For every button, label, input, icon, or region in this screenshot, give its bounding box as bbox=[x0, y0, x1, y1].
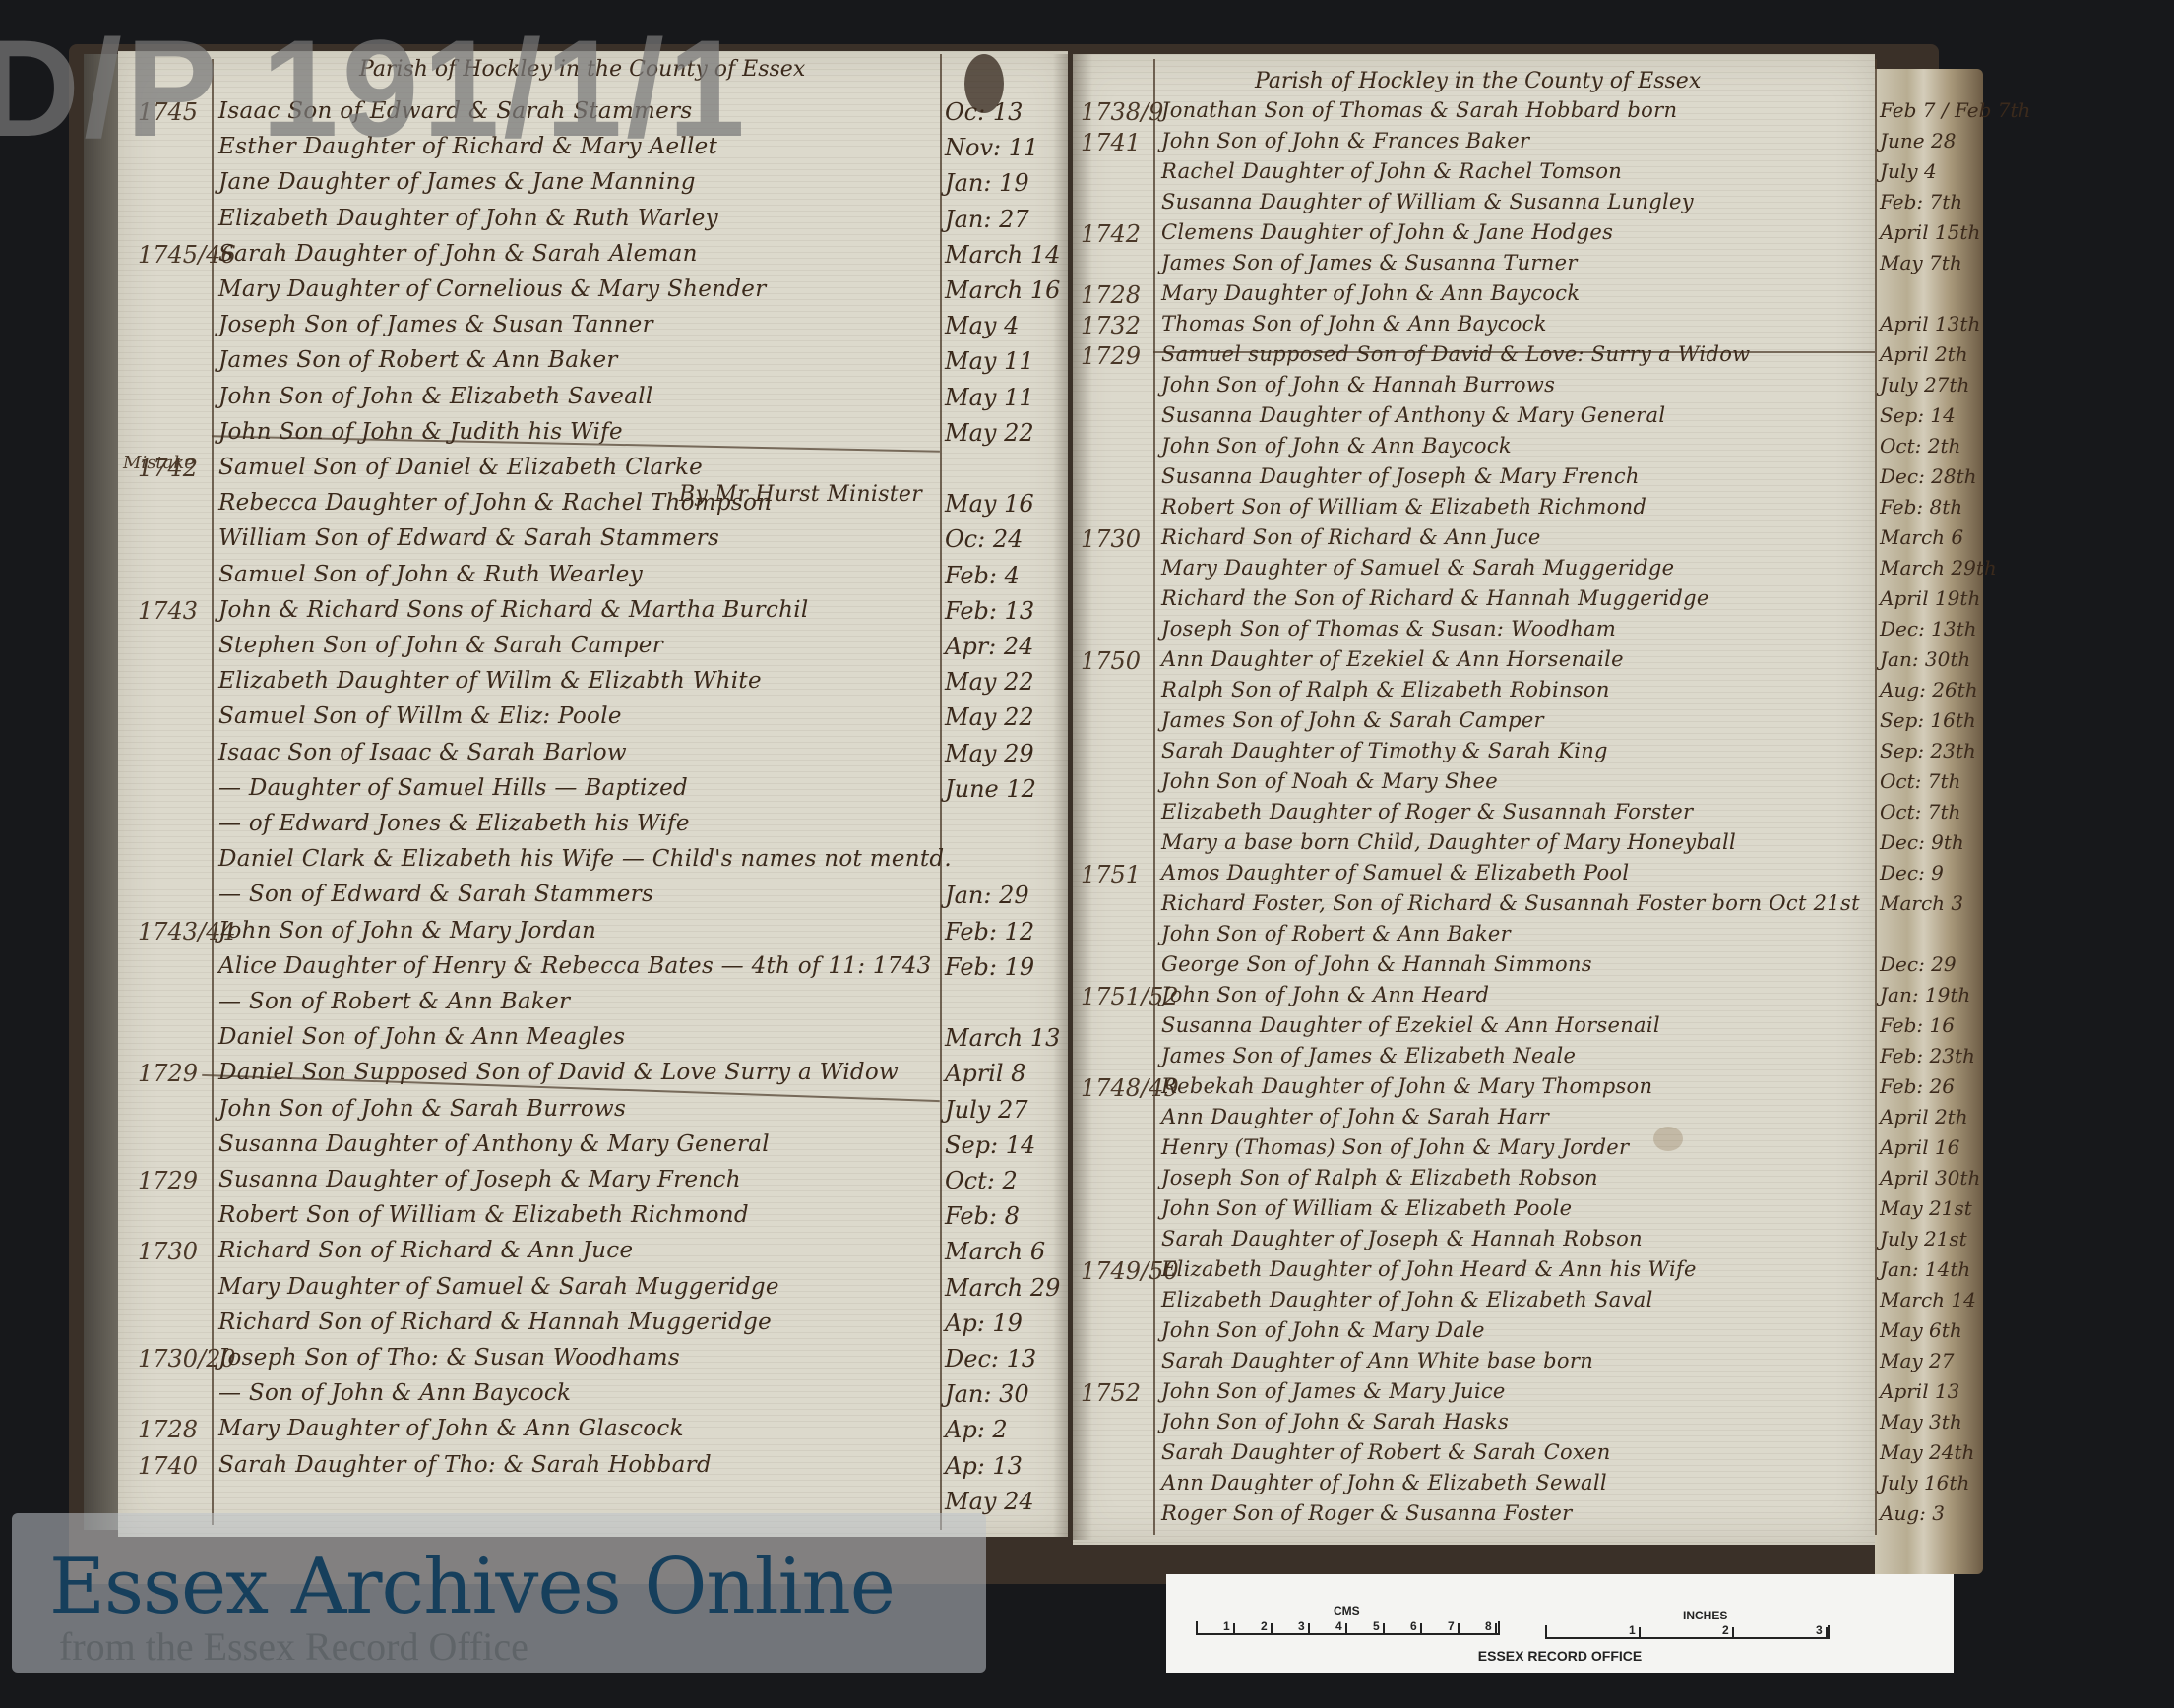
entry-date: April 8 bbox=[945, 1060, 1025, 1087]
entry-name: Jonathan Son of Thomas & Sarah Hobbard b… bbox=[1161, 98, 1677, 122]
entry-date: June 28 bbox=[1880, 129, 1956, 152]
entry-date: Feb: 4 bbox=[945, 562, 1020, 589]
entry-name: Roger Son of Roger & Susanna Foster bbox=[1161, 1501, 1572, 1525]
entry-date: March 29 bbox=[945, 1274, 1060, 1302]
entry-year: 1743 bbox=[138, 597, 198, 625]
entry-name: Susanna Daughter of William & Susanna Lu… bbox=[1161, 190, 1694, 213]
entry-name: Susanna Daughter of Anthony & Mary Gener… bbox=[1161, 403, 1665, 427]
entry-date: Aug: 26th bbox=[1880, 678, 1978, 701]
entry-name: John Son of John & Mary Dale bbox=[1161, 1318, 1485, 1342]
entry-date: March 6 bbox=[1880, 525, 1963, 549]
entry-name: John Son of James & Mary Juice bbox=[1161, 1379, 1506, 1403]
entry-date: Ap: 19 bbox=[945, 1310, 1023, 1337]
entry-name: Thomas Son of John & Ann Baycock bbox=[1161, 312, 1547, 335]
entry-name: James Son of Robert & Ann Baker bbox=[218, 347, 618, 373]
right-date-column-rule bbox=[1875, 59, 1877, 1535]
entry-name: Samuel supposed Son of David & Love: Sur… bbox=[1161, 342, 1750, 366]
entry-name: John Son of John & Elizabeth Saveall bbox=[218, 384, 653, 409]
entry-name: Sarah Daughter of John & Sarah Aleman bbox=[218, 241, 698, 267]
entry-name: Mary a base born Child, Daughter of Mary… bbox=[1161, 830, 1736, 854]
entry-date: Feb: 26 bbox=[1880, 1074, 1955, 1098]
paper-stain bbox=[1653, 1127, 1683, 1151]
entry-date: March 16 bbox=[945, 276, 1060, 304]
entry-date: March 14 bbox=[1880, 1288, 1976, 1311]
entry-name: James Son of John & Sarah Camper bbox=[1161, 708, 1544, 732]
entry-name: George Son of John & Hannah Simmons bbox=[1161, 952, 1592, 976]
entry-year: 1730 bbox=[138, 1238, 198, 1265]
entry-name: Sarah Daughter of Tho: & Sarah Hobbard bbox=[218, 1452, 712, 1478]
entry-year: 1728 bbox=[1081, 281, 1141, 309]
entry-date: Nov: 11 bbox=[945, 134, 1038, 161]
entry-name: Daniel Son Supposed Son of David & Love … bbox=[218, 1060, 899, 1085]
cm-tick-label: 3 bbox=[1298, 1619, 1305, 1633]
entry-date: May 29 bbox=[945, 740, 1034, 767]
entry-date: Oct: 2th bbox=[1880, 434, 1960, 457]
entry-date: Sep: 23th bbox=[1880, 739, 1976, 762]
entry-name: Richard Foster, Son of Richard & Susanna… bbox=[1161, 891, 1860, 915]
entry-name: Ann Daughter of John & Sarah Harr bbox=[1161, 1105, 1549, 1128]
entry-year: 1751 bbox=[1081, 861, 1141, 888]
entry-name: Joseph Son of James & Susan Tanner bbox=[218, 312, 653, 337]
entry-name: John Son of John & Frances Baker bbox=[1161, 129, 1529, 152]
entry-date: Feb: 12 bbox=[945, 918, 1034, 945]
entry-date: March 13 bbox=[945, 1024, 1060, 1052]
cm-tick bbox=[1458, 1623, 1460, 1633]
entry-date: May 24 bbox=[945, 1488, 1034, 1515]
entry-date: July 4 bbox=[1880, 159, 1937, 183]
right-page-heading: Parish of Hockley in the County of Essex bbox=[1255, 69, 1701, 93]
entry-date: Jan: 30th bbox=[1880, 647, 1970, 671]
entry-date: Oct: 2 bbox=[945, 1167, 1018, 1194]
entry-date: Feb 7 / Feb 7th bbox=[1880, 98, 2030, 122]
entry-name: Ann Daughter of John & Elizabeth Sewall bbox=[1161, 1471, 1607, 1494]
entry-name: Ralph Son of Ralph & Elizabeth Robinson bbox=[1161, 678, 1610, 701]
entry-date: Oct: 7th bbox=[1880, 800, 1960, 823]
entry-date: Dec: 9 bbox=[1880, 861, 1944, 884]
entry-name: Mary Daughter of John & Ann Glascock bbox=[218, 1416, 684, 1441]
entry-date: May 11 bbox=[945, 347, 1034, 375]
entry-date: Dec: 13th bbox=[1880, 617, 1977, 640]
entry-name: Rachel Daughter of John & Rachel Tomson bbox=[1161, 159, 1622, 183]
cm-tick-label: 7 bbox=[1448, 1619, 1455, 1633]
right-year-margin-rule bbox=[1153, 59, 1155, 1535]
entry-name: John Son of John & Hannah Burrows bbox=[1161, 373, 1555, 396]
reference-watermark: D/P 191/1/1 bbox=[0, 20, 749, 157]
entry-year: 1740 bbox=[138, 1452, 198, 1480]
cm-tick bbox=[1495, 1623, 1497, 1633]
inch-label: INCHES bbox=[1683, 1609, 1727, 1622]
entry-date: July 21st bbox=[1880, 1227, 1967, 1250]
entry-date: May 22 bbox=[945, 703, 1034, 731]
entry-date: Apr: 24 bbox=[945, 633, 1033, 660]
entry-name: John Son of John & Sarah Burrows bbox=[218, 1096, 626, 1122]
entry-name: Clemens Daughter of John & Jane Hodges bbox=[1161, 220, 1613, 244]
entry-name: Richard Son of Richard & Ann Juce bbox=[1161, 525, 1541, 549]
entry-name: Stephen Son of John & Sarah Camper bbox=[218, 633, 663, 658]
entry-name: Elizabeth Daughter of John Heard & Ann h… bbox=[1161, 1257, 1697, 1281]
entry-name: Elizabeth Daughter of Willm & Elizabth W… bbox=[218, 668, 762, 694]
entry-name: Mary Daughter of Cornelious & Mary Shend… bbox=[218, 276, 767, 302]
entry-name: Joseph Son of Tho: & Susan Woodhams bbox=[218, 1345, 680, 1371]
entry-date: March 29th bbox=[1880, 556, 1997, 579]
cm-tick-label: 2 bbox=[1261, 1619, 1268, 1633]
entry-date: Oc: 13 bbox=[945, 98, 1023, 126]
inch-tick-label: 3 bbox=[1816, 1623, 1823, 1637]
cm-tick-label: 8 bbox=[1485, 1619, 1492, 1633]
cm-tick bbox=[1308, 1623, 1310, 1633]
entry-date: May 4 bbox=[945, 312, 1019, 339]
entry-year: 1729 bbox=[138, 1167, 198, 1194]
entry-name: John Son of John & Sarah Hasks bbox=[1161, 1410, 1509, 1433]
entry-name: John Son of Noah & Mary Shee bbox=[1161, 769, 1498, 793]
entry-date: April 2th bbox=[1880, 342, 1968, 366]
entry-date: April 30th bbox=[1880, 1166, 1980, 1189]
record-office-label: ESSEX RECORD OFFICE bbox=[1166, 1648, 1954, 1664]
entry-name: John Son of John & Judith his Wife bbox=[218, 419, 623, 445]
entry-date: May 22 bbox=[945, 419, 1034, 447]
entry-date: May 7th bbox=[1880, 251, 1962, 274]
entry-date: Sep: 16th bbox=[1880, 708, 1976, 732]
entry-name: Mary Daughter of Samuel & Sarah Muggerid… bbox=[1161, 556, 1674, 579]
entry-name: Jane Daughter of James & Jane Manning bbox=[218, 169, 696, 195]
entry-name: — Son of Robert & Ann Baker bbox=[218, 989, 570, 1014]
entry-name: John Son of John & Ann Baycock bbox=[1161, 434, 1512, 457]
entry-name: — Son of John & Ann Baycock bbox=[218, 1380, 571, 1406]
entry-date: May 11 bbox=[945, 384, 1034, 411]
entry-name: John Son of Robert & Ann Baker bbox=[1161, 922, 1511, 945]
entry-name: Elizabeth Daughter of John & Elizabeth S… bbox=[1161, 1288, 1653, 1311]
entry-date: Dec: 9th bbox=[1880, 830, 1964, 854]
entry-date: April 19th bbox=[1880, 586, 1980, 610]
entry-name: — Son of Edward & Sarah Stammers bbox=[218, 882, 653, 907]
entry-year: 1738/9 bbox=[1081, 98, 1163, 126]
entry-name: John Son of John & Mary Jordan bbox=[218, 918, 596, 944]
cm-label: CMS bbox=[1334, 1604, 1360, 1617]
entry-name: Rebekah Daughter of John & Mary Thompson bbox=[1161, 1074, 1652, 1098]
entry-name: Daniel Clark & Elizabeth his Wife — Chil… bbox=[218, 846, 952, 872]
inch-scale bbox=[1545, 1625, 1830, 1639]
entry-date: May 24th bbox=[1880, 1440, 1974, 1464]
inch-tick bbox=[1732, 1627, 1734, 1637]
entry-date: May 21st bbox=[1880, 1196, 1972, 1220]
entry-date: Aug: 3 bbox=[1880, 1501, 1945, 1525]
cm-tick bbox=[1271, 1623, 1273, 1633]
entry-date: July 16th bbox=[1880, 1471, 1969, 1494]
entry-name: Amos Daughter of Samuel & Elizabeth Pool bbox=[1161, 861, 1629, 884]
entry-date: Feb: 13 bbox=[945, 597, 1034, 625]
entry-name: Susanna Daughter of Ezekiel & Ann Horsen… bbox=[1161, 1013, 1660, 1037]
cm-tick-label: 1 bbox=[1223, 1619, 1230, 1633]
entry-date: April 13 bbox=[1880, 1379, 1959, 1403]
entry-date: June 12 bbox=[945, 775, 1036, 803]
entry-name: Sarah Daughter of Ann White base born bbox=[1161, 1349, 1593, 1372]
entry-name: — Daughter of Samuel Hills — Baptized bbox=[218, 775, 688, 801]
entry-date: Jan: 14th bbox=[1880, 1257, 1970, 1281]
cm-tick bbox=[1345, 1623, 1347, 1633]
inch-tick bbox=[1639, 1627, 1641, 1637]
entry-date: May 16 bbox=[945, 490, 1034, 518]
entry-date: Jan: 27 bbox=[945, 206, 1029, 233]
entry-name: Susanna Daughter of Joseph & Mary French bbox=[1161, 464, 1640, 488]
entry-name: Robert Son of William & Elizabeth Richmo… bbox=[218, 1202, 749, 1228]
entry-name: James Son of James & Elizabeth Neale bbox=[1161, 1044, 1576, 1067]
entry-date: May 22 bbox=[945, 668, 1034, 696]
entry-name: Alice Daughter of Henry & Rebecca Bates … bbox=[218, 953, 932, 979]
entry-name: Susanna Daughter of Joseph & Mary French bbox=[218, 1167, 741, 1192]
entry-date: Sep: 14 bbox=[945, 1131, 1035, 1159]
entry-date: July 27 bbox=[945, 1096, 1027, 1124]
entry-year: 1729 bbox=[1081, 342, 1141, 370]
entry-date: Dec: 13 bbox=[945, 1345, 1036, 1372]
entry-name: Susanna Daughter of Anthony & Mary Gener… bbox=[218, 1131, 770, 1157]
entry-date: Jan: 29 bbox=[945, 882, 1029, 909]
cm-tick bbox=[1383, 1623, 1385, 1633]
inch-tick-label: 1 bbox=[1629, 1623, 1636, 1637]
entry-date: Feb: 23th bbox=[1880, 1044, 1975, 1067]
entry-name: John Son of William & Elizabeth Poole bbox=[1161, 1196, 1572, 1220]
entry-name: John & Richard Sons of Richard & Martha … bbox=[218, 597, 809, 623]
entry-name: Richard Son of Richard & Hannah Muggerid… bbox=[218, 1310, 772, 1335]
entry-date: April 15th bbox=[1880, 220, 1980, 244]
entry-date: Sep: 14 bbox=[1880, 403, 1956, 427]
entry-name: Daniel Son of John & Ann Meagles bbox=[218, 1024, 625, 1050]
cm-tick bbox=[1420, 1623, 1422, 1633]
entry-name: Elizabeth Daughter of Roger & Susannah F… bbox=[1161, 800, 1693, 823]
entry-name: Samuel Son of John & Ruth Wearley bbox=[218, 562, 643, 587]
entry-date: Feb: 8th bbox=[1880, 495, 1962, 518]
entry-date: April 2th bbox=[1880, 1105, 1968, 1128]
entry-date: April 13th bbox=[1880, 312, 1980, 335]
entry-year: 1730 bbox=[1081, 525, 1141, 553]
archive-logo-subtitle: from the Essex Record Office bbox=[59, 1623, 528, 1670]
entry-year: 1741 bbox=[1081, 129, 1141, 156]
entry-date: Feb: 7th bbox=[1880, 190, 1962, 213]
entry-name: Henry (Thomas) Son of John & Mary Jorder bbox=[1161, 1135, 1629, 1159]
entry-date: Jan: 19th bbox=[1880, 983, 1970, 1006]
entry-date: Dec: 29 bbox=[1880, 952, 1957, 976]
entry-name: Sarah Daughter of Timothy & Sarah King bbox=[1161, 739, 1608, 762]
entry-date: May 27 bbox=[1880, 1349, 1955, 1372]
entry-date: May 3th bbox=[1880, 1410, 1962, 1433]
entry-name: Rebecca Daughter of John & Rachel Thomps… bbox=[218, 490, 772, 516]
entry-date: Feb: 19 bbox=[945, 953, 1034, 981]
entry-date: March 3 bbox=[1880, 891, 1963, 915]
entry-name: Sarah Daughter of Joseph & Hannah Robson bbox=[1161, 1227, 1643, 1250]
entry-date: March 6 bbox=[945, 1238, 1045, 1265]
cm-tick-label: 5 bbox=[1373, 1619, 1380, 1633]
entry-name: Samuel Son of Daniel & Elizabeth Clarke bbox=[218, 455, 703, 480]
left-date-column-rule bbox=[940, 54, 942, 1530]
entry-year: 1750 bbox=[1081, 647, 1141, 675]
entry-date: Oct: 7th bbox=[1880, 769, 1960, 793]
entry-date: Oc: 24 bbox=[945, 525, 1023, 553]
entry-date: April 16 bbox=[1880, 1135, 1959, 1159]
entry-name: Joseph Son of Ralph & Elizabeth Robson bbox=[1161, 1166, 1598, 1189]
left-year-margin-rule bbox=[212, 59, 214, 1525]
entry-name: Joseph Son of Thomas & Susan: Woodham bbox=[1161, 617, 1616, 640]
entry-date: Dec: 28th bbox=[1880, 464, 1977, 488]
cm-tick bbox=[1233, 1623, 1235, 1633]
entry-date: July 27th bbox=[1880, 373, 1969, 396]
entry-name: Richard the Son of Richard & Hannah Mugg… bbox=[1161, 586, 1709, 610]
entry-date: May 6th bbox=[1880, 1318, 1962, 1342]
entry-name: Mary Daughter of John & Ann Baycock bbox=[1161, 281, 1580, 305]
cm-tick-label: 6 bbox=[1410, 1619, 1417, 1633]
entry-name: Robert Son of William & Elizabeth Richmo… bbox=[1161, 495, 1646, 518]
entry-date: Ap: 13 bbox=[945, 1452, 1023, 1480]
cm-tick-label: 4 bbox=[1335, 1619, 1342, 1633]
inch-tick-label: 2 bbox=[1722, 1623, 1729, 1637]
entry-date: March 14 bbox=[945, 241, 1060, 269]
entry-name: John Son of John & Ann Heard bbox=[1161, 983, 1489, 1006]
entry-year: 1732 bbox=[1081, 312, 1141, 339]
entry-date: Jan: 19 bbox=[945, 169, 1029, 197]
entry-name: — of Edward Jones & Elizabeth his Wife bbox=[218, 811, 690, 836]
entry-date: Feb: 8 bbox=[945, 1202, 1020, 1230]
entry-date: Ap: 2 bbox=[945, 1416, 1008, 1443]
scale-ruler-card: CMS INCHES 12345678 123 ESSEX RECORD OFF… bbox=[1166, 1574, 1954, 1673]
entry-name: Mary Daughter of Samuel & Sarah Muggerid… bbox=[218, 1274, 779, 1300]
entry-name: William Son of Edward & Sarah Stammers bbox=[218, 525, 719, 551]
entry-name: Samuel Son of Willm & Eliz: Poole bbox=[218, 703, 622, 729]
entry-name: Ann Daughter of Ezekiel & Ann Horsenaile bbox=[1161, 647, 1624, 671]
entry-year: 1742 bbox=[1081, 220, 1141, 248]
archive-logo-title: Essex Archives Online bbox=[49, 1543, 895, 1631]
entry-date: Jan: 30 bbox=[945, 1380, 1029, 1408]
entry-date: Feb: 16 bbox=[1880, 1013, 1955, 1037]
entry-year: 1729 bbox=[138, 1060, 198, 1087]
entry-name: Isaac Son of Isaac & Sarah Barlow bbox=[218, 740, 627, 765]
entry-name: Richard Son of Richard & Ann Juce bbox=[218, 1238, 633, 1263]
entry-name: Elizabeth Daughter of John & Ruth Warley bbox=[218, 206, 718, 231]
entry-year: 1742 bbox=[138, 455, 198, 482]
entry-year: 1752 bbox=[1081, 1379, 1141, 1407]
inch-tick bbox=[1826, 1627, 1828, 1637]
entry-name: Sarah Daughter of Robert & Sarah Coxen bbox=[1161, 1440, 1611, 1464]
entry-year: 1728 bbox=[138, 1416, 198, 1443]
entry-name: James Son of James & Susanna Turner bbox=[1161, 251, 1578, 274]
